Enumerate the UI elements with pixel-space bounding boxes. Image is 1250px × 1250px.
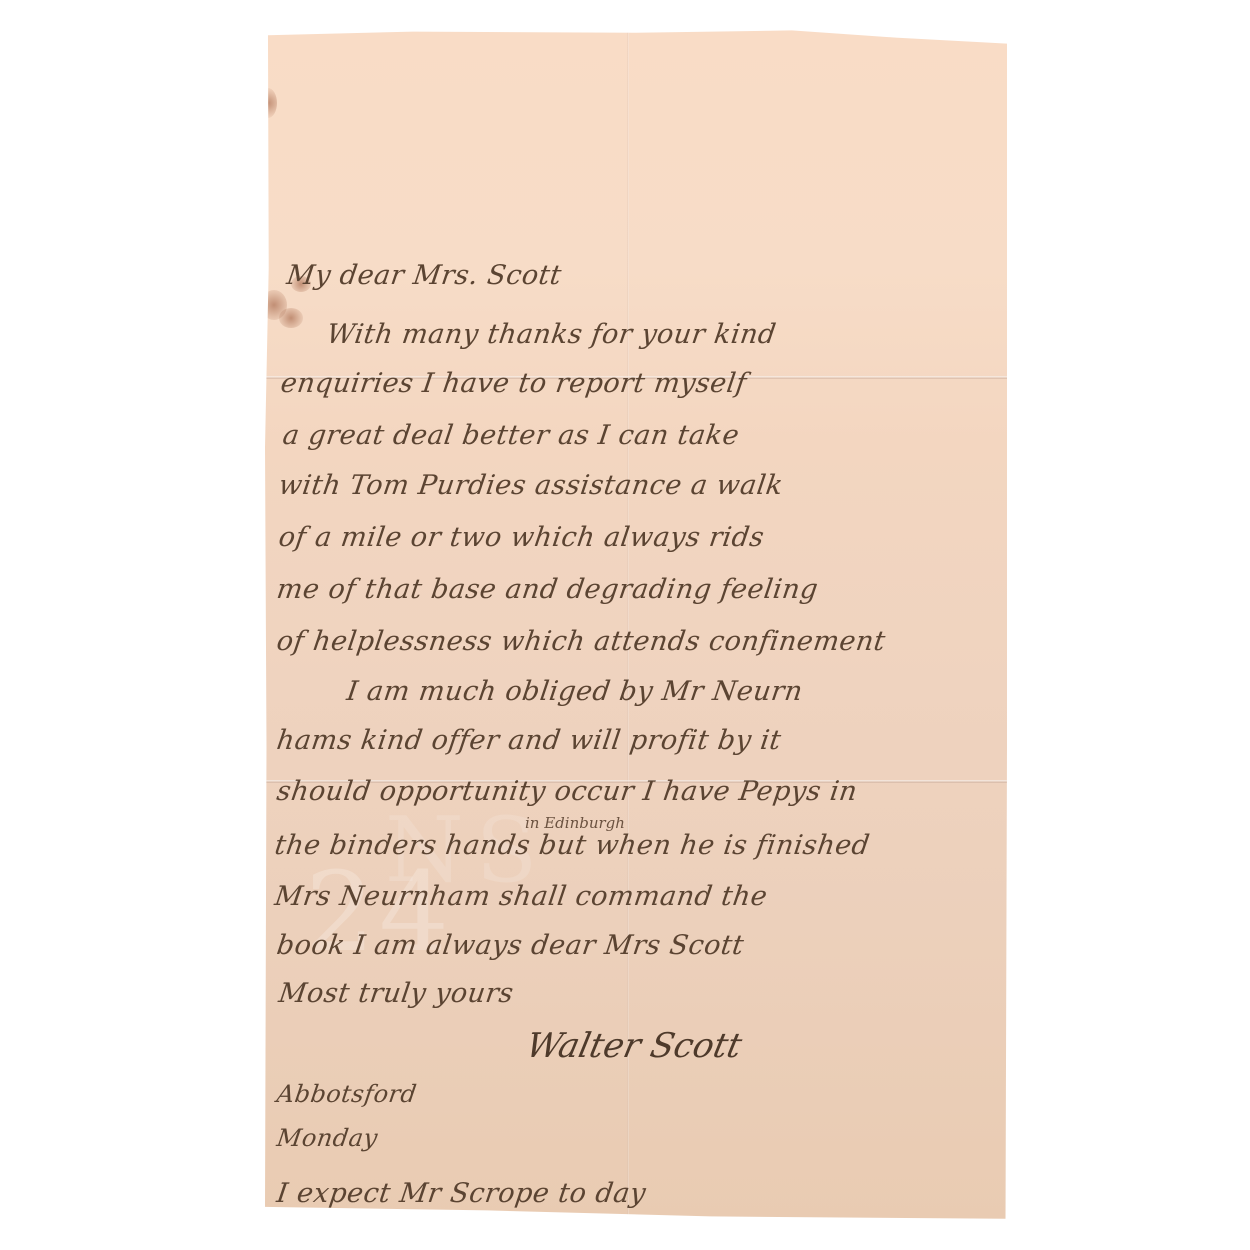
body-line: of a mile or two which always rids: [277, 522, 766, 553]
foxing-stain: [279, 308, 303, 328]
body-line: With many thanks for your kind: [325, 319, 778, 350]
body-line: Mrs Neurnham shall command the: [273, 881, 770, 912]
day-line: Monday: [275, 1124, 380, 1152]
ink-stain: [259, 88, 277, 118]
letter-paper: NS 24 My dear Mrs. Scott With many thank…: [265, 28, 1007, 1226]
body-line: I am much obliged by Mr Neurn: [345, 676, 805, 707]
place-line: Abbotsford: [275, 1080, 419, 1108]
salutation: My dear Mrs. Scott: [285, 260, 564, 291]
body-line: hams kind offer and will profit by it: [275, 725, 783, 756]
body-line: me of that base and degrading feeling: [275, 574, 820, 605]
closing-line: Most truly yours: [277, 978, 516, 1009]
signature: Walter Scott: [523, 1026, 746, 1066]
body-line: enquiries I have to report myself: [279, 368, 749, 399]
body-line: book I am always dear Mrs Scott: [275, 930, 746, 961]
body-line: should opportunity occur I have Pepys in: [275, 776, 860, 807]
postscript: I expect Mr Scrope to day: [275, 1178, 648, 1209]
body-line: of helplessness which attends confinemen…: [275, 626, 888, 657]
body-line: with Tom Purdies assistance a walk: [277, 470, 785, 501]
body-line: a great deal better as I can take: [281, 420, 742, 451]
body-line: the binders hands but when he is finishe…: [273, 830, 872, 861]
